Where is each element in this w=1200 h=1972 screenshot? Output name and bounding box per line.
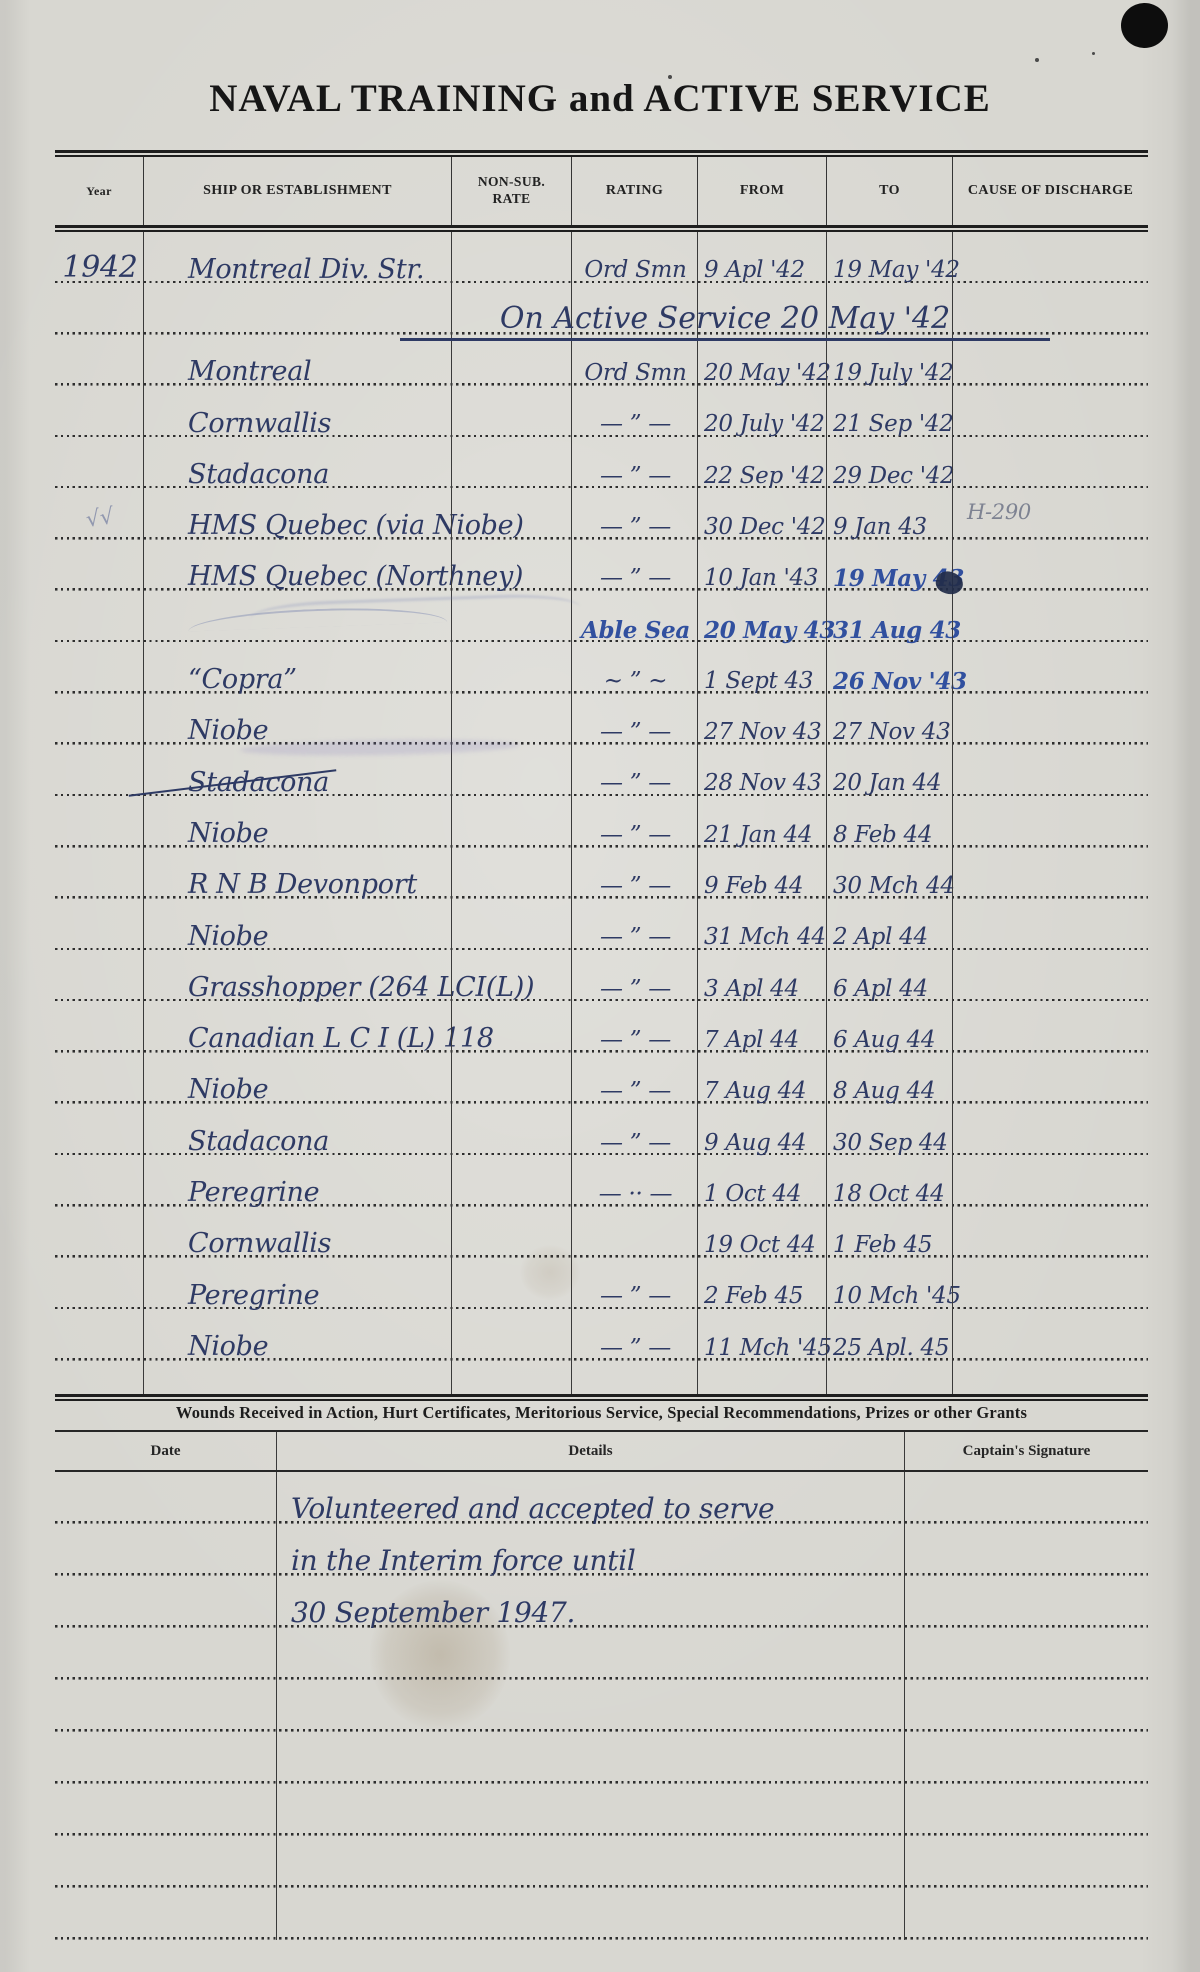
- service-row: Niobe— ” —31 Mch 442 Apl 44: [55, 899, 1148, 950]
- cell-year: [55, 335, 143, 386]
- handwritten-rating: Ord Smn: [584, 363, 686, 385]
- cell-ship: Peregrine: [143, 1155, 451, 1206]
- cell-cause: H-290: [952, 488, 1148, 539]
- cell-rating: Able Sea: [571, 591, 697, 642]
- service-row: R N B Devonport— ” —9 Feb 4430 Mch 44: [55, 848, 1148, 899]
- cell-cause: [952, 232, 1148, 283]
- cell-cause: [952, 1207, 1148, 1258]
- cell-from: 9 Apl '42: [697, 232, 826, 283]
- cell-ship: Canadian L C I (L) 118: [143, 1001, 451, 1052]
- notes-cell-date: [55, 1888, 276, 1940]
- service-row: Cornwallis19 Oct 441 Feb 45: [55, 1207, 1148, 1258]
- notes-cell-signature: [904, 1784, 1148, 1836]
- handwritten-details-line: Volunteered and accepted to serve: [291, 1496, 774, 1523]
- notes-banner: Wounds Received in Action, Hurt Certific…: [55, 1394, 1148, 1430]
- hole-punch-dot: [1121, 3, 1168, 48]
- cell-year: [55, 1258, 143, 1309]
- cell-rate: [451, 848, 571, 899]
- service-row: Grasshopper (264 LCI(L))— ” —3 Apl 446 A…: [55, 950, 1148, 1001]
- header-non-sub-rate-label: NON-SUB. RATE: [472, 174, 552, 208]
- cell-from: 22 Sep '42: [697, 437, 826, 488]
- notes-cell-signature: [904, 1576, 1148, 1628]
- cell-from: 7 Apl 44: [697, 1001, 826, 1052]
- cell-to: 26 Nov '43: [826, 642, 952, 693]
- handwritten-from: 3 Apl 44: [704, 979, 799, 1001]
- cell-cause: [952, 899, 1148, 950]
- handwritten-details-line: 30 September 1947.: [291, 1600, 575, 1627]
- cell-rate: [451, 899, 571, 950]
- cell-rating: — ” —: [571, 745, 697, 796]
- header-details: Details: [276, 1432, 904, 1470]
- cell-year: [55, 796, 143, 847]
- cell-rating: ~ ” ~: [571, 642, 697, 693]
- notes-cell-date: [55, 1576, 276, 1628]
- handwritten-rating: — ” —: [600, 517, 671, 539]
- notes-cell-signature: [904, 1836, 1148, 1888]
- cell-cause: [952, 745, 1148, 796]
- handwritten-from: 20 May '42: [704, 363, 831, 385]
- cell-rating: — ” —: [571, 950, 697, 1001]
- notes-row: [55, 1784, 1148, 1836]
- cell-cause: [952, 1309, 1148, 1360]
- notes-body: Volunteered and accepted to servein the …: [55, 1472, 1148, 1940]
- notes-row: [55, 1888, 1148, 1940]
- cell-year: [55, 540, 143, 591]
- cell-rating: [571, 1361, 697, 1394]
- cell-to: 1 Feb 45: [826, 1207, 952, 1258]
- cell-rating: — ·· —: [571, 1155, 697, 1206]
- cell-ship: Montreal: [143, 335, 451, 386]
- cell-year: [55, 1001, 143, 1052]
- handwritten-ship: Niobe: [188, 1077, 268, 1103]
- cell-to: 9 Jan 43: [826, 488, 952, 539]
- notes-row: [55, 1680, 1148, 1732]
- cell-year: [55, 642, 143, 693]
- cell-from: 11 Mch '45: [697, 1309, 826, 1360]
- handwritten-rating: — ·· —: [599, 1184, 672, 1206]
- table-top-rule: [55, 150, 1148, 157]
- cell-rate: [451, 796, 571, 847]
- empty-spacer-row: [55, 1361, 1148, 1394]
- notes-cell-date: [55, 1680, 276, 1732]
- cell-cause: [952, 950, 1148, 1001]
- spanning-note: On Active Service 20 May '42: [400, 301, 1050, 341]
- cell-ship: Montreal Div. Str.: [143, 232, 451, 283]
- cell-rate: [451, 950, 571, 1001]
- cell-ship: Cornwallis: [143, 1207, 451, 1258]
- handwritten-rating: — ” —: [600, 1338, 671, 1360]
- service-row: Cornwallis— ” —20 July '4221 Sep '42: [55, 386, 1148, 437]
- cell-to: 18 Oct 44: [826, 1155, 952, 1206]
- cell-cause: [952, 796, 1148, 847]
- handwritten-from: 19 Oct 44: [704, 1235, 815, 1257]
- cell-ship: Niobe: [143, 899, 451, 950]
- notes-section: Wounds Received in Action, Hurt Certific…: [55, 1394, 1148, 1940]
- cell-from: 20 May 43: [697, 591, 826, 642]
- handwritten-from: 28 Nov 43: [704, 773, 821, 795]
- handwritten-to: 6 Aug 44: [833, 1030, 935, 1052]
- cell-to: 19 May 43: [826, 540, 952, 591]
- cell-year: [55, 386, 143, 437]
- cell-ship: R N B Devonport: [143, 848, 451, 899]
- cell-rating: — ” —: [571, 540, 697, 591]
- service-row: On Active Service 20 May '42: [55, 283, 1148, 334]
- paper-stain: [520, 1245, 580, 1300]
- cell-ship: Grasshopper (264 LCI(L)): [143, 950, 451, 1001]
- cell-rating: — ” —: [571, 437, 697, 488]
- service-row: Niobe— ” —7 Aug 448 Aug 44: [55, 1053, 1148, 1104]
- cell-to: 25 Apl. 45: [826, 1309, 952, 1360]
- handwritten-ship: Niobe: [188, 1334, 268, 1360]
- cell-rate: [451, 1361, 571, 1394]
- cell-to: 27 Nov 43: [826, 694, 952, 745]
- cell-to: 8 Aug 44: [826, 1053, 952, 1104]
- handwritten-ship: Niobe: [188, 924, 268, 950]
- cell-rate: [451, 335, 571, 386]
- notes-row: [55, 1628, 1148, 1680]
- handwritten-cause: H-290: [967, 503, 1031, 523]
- notes-row: Volunteered and accepted to serve: [55, 1472, 1148, 1524]
- service-row: Peregrine— ·· —1 Oct 4418 Oct 44: [55, 1155, 1148, 1206]
- cell-from: 9 Aug 44: [697, 1104, 826, 1155]
- service-row: Peregrine— ” —2 Feb 4510 Mch '45: [55, 1258, 1148, 1309]
- notes-cell-details: in the Interim force until: [276, 1524, 904, 1576]
- cell-rate: [451, 232, 571, 283]
- notes-row: [55, 1732, 1148, 1784]
- cell-cause: [952, 1258, 1148, 1309]
- notes-cell-details: [276, 1680, 904, 1732]
- cell-rating: — ” —: [571, 386, 697, 437]
- notes-row: in the Interim force until: [55, 1524, 1148, 1576]
- notes-cell-signature: [904, 1732, 1148, 1784]
- cell-rating: — ” —: [571, 488, 697, 539]
- cell-rating: — ” —: [571, 796, 697, 847]
- cell-rating: — ” —: [571, 848, 697, 899]
- handwritten-from: 20 July '42: [704, 414, 825, 436]
- cell-cause: [952, 1104, 1148, 1155]
- cell-cause: [952, 386, 1148, 437]
- cell-year: √√: [55, 488, 143, 539]
- header-bottom-rule: [55, 225, 1148, 232]
- cell-from: 27 Nov 43: [697, 694, 826, 745]
- cell-year: [55, 745, 143, 796]
- cell-rate: [451, 540, 571, 591]
- handwritten-rating: — ” —: [600, 1030, 671, 1052]
- handwritten-to: 30 Mch 44: [833, 876, 955, 898]
- handwritten-to: 21 Sep '42: [833, 414, 954, 436]
- notes-cell-details: [276, 1784, 904, 1836]
- cell-from: 1 Oct 44: [697, 1155, 826, 1206]
- header-ship: SHIP OR ESTABLISHMENT: [143, 157, 451, 225]
- cell-rate: [451, 1001, 571, 1052]
- notes-cell-date: [55, 1472, 276, 1524]
- cell-ship: HMS Quebec (via Niobe): [143, 488, 451, 539]
- handwritten-ship: Cornwallis: [188, 1231, 331, 1257]
- cell-cause: [952, 642, 1148, 693]
- header-non-sub-rate: NON-SUB. RATE: [451, 157, 571, 225]
- cell-to: 30 Sep 44: [826, 1104, 952, 1155]
- handwritten-from: 27 Nov 43: [704, 722, 821, 744]
- handwritten-from: 30 Dec '42: [704, 517, 825, 539]
- handwritten-ship: Niobe: [188, 821, 268, 847]
- cell-from: 7 Aug 44: [697, 1053, 826, 1104]
- service-table-header: Year SHIP OR ESTABLISHMENT NON-SUB. RATE…: [55, 157, 1148, 225]
- cell-cause: [952, 540, 1148, 591]
- cell-from: 28 Nov 43: [697, 745, 826, 796]
- handwritten-ship: Peregrine: [188, 1180, 319, 1206]
- cell-ship: Peregrine: [143, 1258, 451, 1309]
- cell-rating: — ” —: [571, 1258, 697, 1309]
- handwritten-from: 7 Apl 44: [704, 1030, 799, 1052]
- page-title: NAVAL TRAINING and ACTIVE SERVICE: [0, 76, 1200, 121]
- cell-rate: [451, 488, 571, 539]
- handwritten-rating: Able Sea: [581, 620, 690, 642]
- handwritten-from: 31 Mch 44: [704, 927, 826, 949]
- handwritten-ship: “Copra”: [188, 667, 297, 693]
- cell-rate: [451, 1309, 571, 1360]
- cell-to: 19 July '42: [826, 335, 952, 386]
- cell-from: [697, 1361, 826, 1394]
- cell-to: 20 Jan 44: [826, 745, 952, 796]
- handwritten-to: 8 Aug 44: [833, 1081, 935, 1103]
- service-row: Canadian L C I (L) 118— ” —7 Apl 446 Aug…: [55, 1001, 1148, 1052]
- cell-year: [55, 1155, 143, 1206]
- handwritten-rating: — ” —: [600, 979, 671, 1001]
- cell-from: 20 July '42: [697, 386, 826, 437]
- service-row: HMS Quebec (Northney)— ” —10 Jan '4319 M…: [55, 540, 1148, 591]
- cell-from: 31 Mch 44: [697, 899, 826, 950]
- handwritten-ship: Cornwallis: [188, 411, 331, 437]
- handwritten-ship: R N B Devonport: [188, 872, 417, 898]
- handwritten-to: 26 Nov '43: [833, 671, 967, 693]
- cell-cause: [952, 694, 1148, 745]
- cell-from: 2 Feb 45: [697, 1258, 826, 1309]
- handwritten-rating: Ord Smn: [584, 260, 686, 282]
- cell-to: 21 Sep '42: [826, 386, 952, 437]
- handwritten-rating: — ” —: [600, 773, 671, 795]
- cell-year: [55, 591, 143, 642]
- handwritten-ship: Stadacona: [188, 770, 329, 796]
- service-row: Niobe— ” —21 Jan 448 Feb 44: [55, 796, 1148, 847]
- cell-to: 19 May '42: [826, 232, 952, 283]
- cell-ship: Niobe: [143, 694, 451, 745]
- cell-from: 10 Jan '43: [697, 540, 826, 591]
- cell-to: 6 Aug 44: [826, 1001, 952, 1052]
- handwritten-from: 2 Feb 45: [704, 1286, 803, 1308]
- handwritten-details-line: in the Interim force until: [291, 1548, 636, 1575]
- cell-ship: Niobe: [143, 796, 451, 847]
- handwritten-to: 20 Jan 44: [833, 773, 941, 795]
- notes-cell-details: Volunteered and accepted to serve: [276, 1472, 904, 1524]
- notes-cell-signature: [904, 1524, 1148, 1576]
- notes-cell-date: [55, 1524, 276, 1576]
- cell-rate: [451, 745, 571, 796]
- handwritten-from: 9 Feb 44: [704, 876, 803, 898]
- cell-year: [55, 283, 143, 334]
- cell-to: 6 Apl 44: [826, 950, 952, 1001]
- handwritten-to: 8 Feb 44: [833, 825, 932, 847]
- handwritten-to: 10 Mch '45: [833, 1286, 961, 1308]
- handwritten-to: 27 Nov 43: [833, 722, 950, 744]
- service-row: Stadacona— ” —28 Nov 4320 Jan 44: [55, 745, 1148, 796]
- cell-rate: [451, 1053, 571, 1104]
- cell-ship: Stadacona: [143, 437, 451, 488]
- handwritten-to: 1 Feb 45: [833, 1235, 932, 1257]
- header-year: Year: [55, 157, 143, 225]
- notes-cell-signature: [904, 1888, 1148, 1940]
- cell-from: 30 Dec '42: [697, 488, 826, 539]
- cell-from: 1 Sept 43: [697, 642, 826, 693]
- cell-ship: “Copra”: [143, 642, 451, 693]
- notes-cell-details: [276, 1628, 904, 1680]
- header-date: Date: [55, 1432, 276, 1470]
- notes-cell-date: [55, 1784, 276, 1836]
- handwritten-rating: — ” —: [600, 722, 671, 744]
- cell-rating: Ord Smn: [571, 335, 697, 386]
- handwritten-from: 22 Sep '42: [704, 466, 825, 488]
- service-row: √√HMS Quebec (via Niobe)— ” —30 Dec '429…: [55, 488, 1148, 539]
- cell-ship: Cornwallis: [143, 386, 451, 437]
- handwritten-ship: Stadacona: [188, 462, 329, 488]
- cell-year: [55, 1361, 143, 1394]
- handwritten-from: 1 Sept 43: [704, 671, 813, 693]
- handwritten-to: 2 Apl 44: [833, 927, 928, 949]
- cell-cause: [952, 335, 1148, 386]
- cell-year: [55, 1207, 143, 1258]
- handwritten-from: 20 May 43: [704, 620, 835, 642]
- header-to: TO: [826, 157, 952, 225]
- handwritten-rating: — ” —: [600, 927, 671, 949]
- cell-ship: Stadacona: [143, 1104, 451, 1155]
- handwritten-ship: Niobe: [188, 718, 268, 744]
- cell-year: [55, 1309, 143, 1360]
- cell-rate: [451, 1155, 571, 1206]
- handwritten-from: 21 Jan 44: [704, 825, 812, 847]
- cell-ship: HMS Quebec (Northney): [143, 540, 451, 591]
- service-table: Year SHIP OR ESTABLISHMENT NON-SUB. RATE…: [55, 150, 1148, 1401]
- cell-cause: [952, 1053, 1148, 1104]
- service-row: Niobe— ” —11 Mch '4525 Apl. 45: [55, 1309, 1148, 1360]
- notes-row: 30 September 1947.: [55, 1576, 1148, 1628]
- cell-to: 8 Feb 44: [826, 796, 952, 847]
- handwritten-to: 18 Oct 44: [833, 1184, 944, 1206]
- service-row: Stadacona— ” —22 Sep '4229 Dec '42: [55, 437, 1148, 488]
- handwritten-to: 30 Sep 44: [833, 1133, 948, 1155]
- cell-rate: [451, 1104, 571, 1155]
- header-rating: RATING: [571, 157, 697, 225]
- pencil-checkmark: √√: [84, 504, 115, 533]
- handwritten-rating: — ” —: [600, 414, 671, 436]
- handwritten-year: 1942: [62, 254, 137, 283]
- cell-rating: — ” —: [571, 694, 697, 745]
- cell-from: 19 Oct 44: [697, 1207, 826, 1258]
- cell-from: 3 Apl 44: [697, 950, 826, 1001]
- handwritten-from: 7 Aug 44: [704, 1081, 806, 1103]
- cell-year: [55, 1053, 143, 1104]
- paper-speck: [1092, 52, 1095, 55]
- cell-cause: [952, 591, 1148, 642]
- service-row: MontrealOrd Smn20 May '4219 July '42: [55, 335, 1148, 386]
- cell-ship: Niobe: [143, 1053, 451, 1104]
- service-row: 1942Montreal Div. Str.Ord Smn9 Apl '4219…: [55, 232, 1148, 283]
- handwritten-to: 25 Apl. 45: [833, 1338, 949, 1360]
- cell-rating: — ” —: [571, 1104, 697, 1155]
- cell-to: 30 Mch 44: [826, 848, 952, 899]
- service-row: “Copra”~ ” ~1 Sept 4326 Nov '43: [55, 642, 1148, 693]
- cell-rating: — ” —: [571, 1053, 697, 1104]
- handwritten-from: 9 Apl '42: [704, 260, 805, 282]
- cell-year: [55, 899, 143, 950]
- cell-to: [826, 1361, 952, 1394]
- cell-rating: Ord Smn: [571, 232, 697, 283]
- handwritten-ship: Stadacona: [188, 1129, 329, 1155]
- cell-rating: [571, 1207, 697, 1258]
- handwritten-rating: — ” —: [600, 1286, 671, 1308]
- handwritten-rating: — ” —: [600, 825, 671, 847]
- cell-ship: Niobe: [143, 1309, 451, 1360]
- cell-rate: [451, 694, 571, 745]
- cell-to: 29 Dec '42: [826, 437, 952, 488]
- cell-rating: — ” —: [571, 1309, 697, 1360]
- notes-cell-signature: [904, 1680, 1148, 1732]
- cell-rating: — ” —: [571, 1001, 697, 1052]
- cell-ship: [143, 1361, 451, 1394]
- handwritten-to: 29 Dec '42: [833, 466, 954, 488]
- notes-cell-date: [55, 1732, 276, 1784]
- cell-cause: [952, 1001, 1148, 1052]
- handwritten-ship: Montreal: [188, 359, 311, 385]
- cell-year: [55, 694, 143, 745]
- handwritten-to: 19 May '42: [833, 260, 960, 282]
- cell-year: [55, 848, 143, 899]
- notes-cell-date: [55, 1836, 276, 1888]
- cell-to: 2 Apl 44: [826, 899, 952, 950]
- handwritten-rating: — ” —: [600, 568, 671, 590]
- notes-cell-details: [276, 1836, 904, 1888]
- service-row: Stadacona— ” —9 Aug 4430 Sep 44: [55, 1104, 1148, 1155]
- cell-rate: [451, 642, 571, 693]
- cell-cause: [952, 1155, 1148, 1206]
- cell-year: [55, 437, 143, 488]
- handwritten-rating: — ” —: [600, 1133, 671, 1155]
- cell-from: 9 Feb 44: [697, 848, 826, 899]
- cell-to: 10 Mch '45: [826, 1258, 952, 1309]
- cell-from: 20 May '42: [697, 335, 826, 386]
- notes-row: [55, 1836, 1148, 1888]
- header-signature: Captain's Signature: [904, 1432, 1148, 1470]
- cell-cause: [952, 848, 1148, 899]
- notes-cell-date: [55, 1628, 276, 1680]
- notes-cell-details: 30 September 1947.: [276, 1576, 904, 1628]
- handwritten-to: 31 Aug 43: [833, 620, 961, 642]
- service-row: Niobe— ” —27 Nov 4327 Nov 43: [55, 694, 1148, 745]
- cell-rate: [451, 437, 571, 488]
- cell-rate: [451, 386, 571, 437]
- cell-rating: — ” —: [571, 899, 697, 950]
- handwritten-from: 1 Oct 44: [704, 1184, 801, 1206]
- cell-cause: [952, 437, 1148, 488]
- cell-year: [55, 1104, 143, 1155]
- handwritten-from: 10 Jan '43: [704, 568, 818, 590]
- handwritten-ship: Canadian L C I (L) 118: [188, 1026, 494, 1052]
- handwritten-from: 11 Mch '45: [704, 1338, 832, 1360]
- handwritten-rating: ~ ” ~: [604, 671, 667, 693]
- cell-from: 21 Jan 44: [697, 796, 826, 847]
- cell-year: 1942: [55, 232, 143, 283]
- notes-cell-signature: [904, 1628, 1148, 1680]
- scanned-service-record-page: NAVAL TRAINING and ACTIVE SERVICE Year S…: [0, 0, 1200, 1972]
- cell-to: 31 Aug 43: [826, 591, 952, 642]
